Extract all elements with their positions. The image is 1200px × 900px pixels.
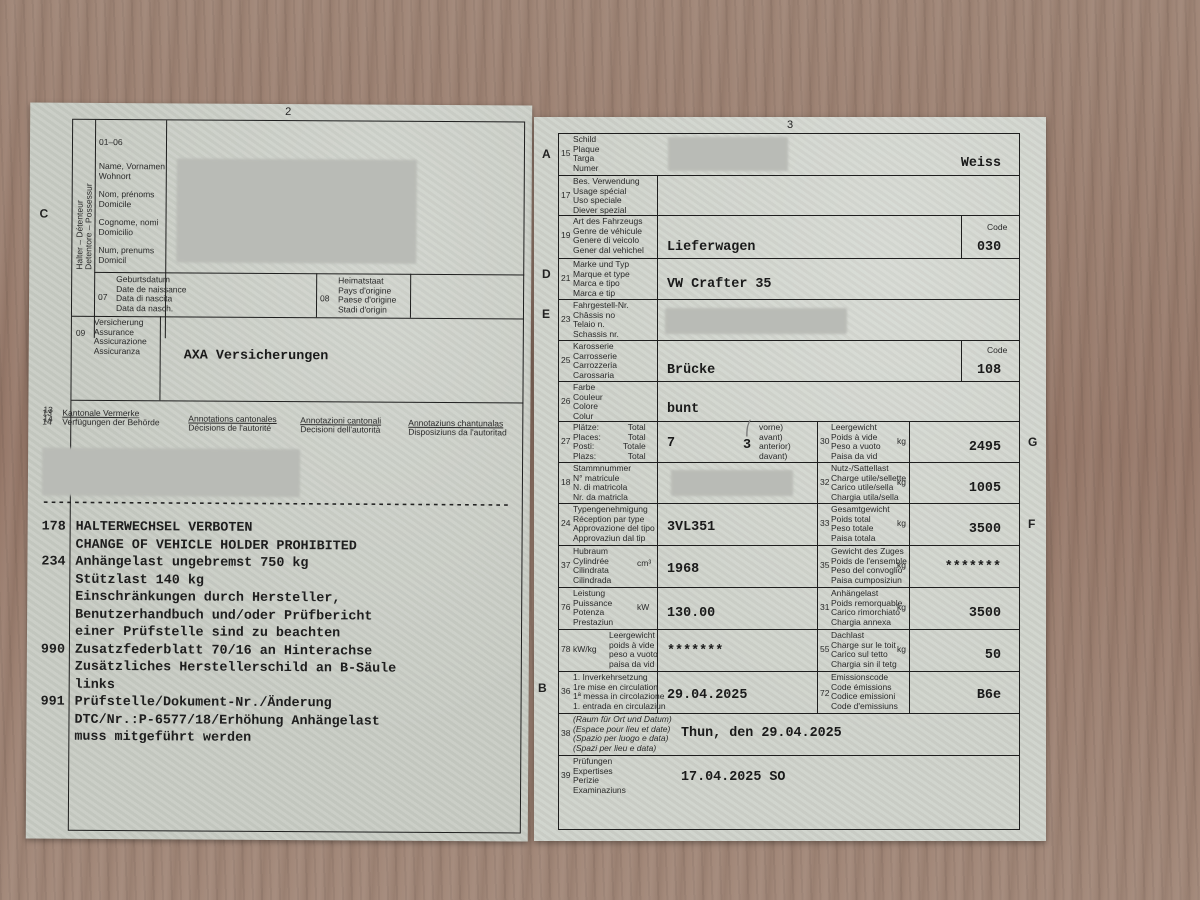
registration-no-redacted [671, 470, 793, 496]
insurance-field: 09 Versicherung Assurance Assicurazione … [73, 120, 524, 123]
origin-field: 08 Heimatstaat Pays d'origine Paese d'or… [73, 120, 524, 123]
holder-value-redacted [176, 158, 417, 263]
separator-line: ----------------------------------------… [42, 495, 512, 513]
color-value: bunt [667, 402, 699, 417]
row-place-date: 38 (Raum für Ort und Datum) (Espace pour… [559, 714, 1019, 756]
holder-field: 01–06 Name, Vornamen Wohnort Nom, prénom… [73, 120, 524, 123]
remark-178: 178 HALTERWECHSEL VERBOTEN CHANGE OF VEH… [41, 519, 481, 557]
seats-total: 7 [667, 436, 675, 451]
row-approval-totalweight: 24 Typengenehmigung Réception par type A… [559, 504, 1019, 546]
field-chassis: 23 Fahrgestell-Nr. Châssis no Telaio n. … [559, 300, 1019, 341]
displacement-value: 1968 [667, 562, 699, 577]
empty-weight-value: 2495 [969, 440, 1001, 455]
section-letter-d: D [542, 267, 551, 281]
holder-label: Wohnort [99, 171, 165, 181]
field-special-use: 17 Bes. Verwendung Usage spécial Uso spe… [559, 176, 1019, 216]
field-plate: 15 Schild Plaque Targa Numer Weiss [559, 134, 1019, 176]
code-label: Code [987, 222, 1007, 232]
row-firstreg-emission: 36 1. Inverkehrsetzung 1re mise en circu… [559, 672, 1019, 714]
row-displacement-trainweight: 37 Hubraum Cylindrée Cilindrata Cilindra… [559, 546, 1019, 588]
holder-label: Domicil [98, 255, 164, 265]
power-weight-value: ******* [667, 644, 723, 659]
holder-code: 01–06 [99, 138, 123, 148]
insurance-label: Assicuranza [94, 346, 147, 356]
payload-value: 1005 [969, 481, 1001, 496]
first-registration-value: 29.04.2025 [667, 688, 747, 703]
chassis-value-redacted [665, 308, 847, 334]
section-letter-g: G [1028, 435, 1037, 449]
code-label: Code [987, 345, 1007, 355]
vehicle-type-code: 030 [977, 240, 1001, 255]
vehicle-type-value: Lieferwagen [667, 240, 755, 255]
train-weight-value: ******* [945, 560, 1001, 575]
row-inspections: 39 Prüfungen Expertises Perizie Examinaz… [559, 756, 1019, 830]
field-color: 26 Farbe Couleur Colore Colur bunt [559, 382, 1019, 422]
plate-color: Weiss [961, 156, 1001, 171]
seats-front: 3 [743, 438, 751, 453]
insurance-value: AXA Versicherungen [184, 348, 329, 364]
type-approval-value: 3VL351 [667, 520, 715, 535]
section-letter-e: E [542, 307, 550, 321]
row-power-trailerload: 76 Leistung Puissance Potenza Prestaziun… [559, 588, 1019, 630]
field-vehicle-type: 19 Art des Fahrzeugs Genre de véhicule G… [559, 216, 1019, 259]
field-number: 08 [320, 293, 330, 303]
annotation-col-de: Kantonale Vermerke Verfügungen der Behör… [62, 409, 159, 428]
roof-load-value: 50 [985, 648, 1001, 663]
section-letter-c: C [40, 207, 49, 221]
inspections-value: 17.04.2025 SO [681, 770, 785, 785]
total-weight-value: 3500 [969, 522, 1001, 537]
page-number: 2 [285, 106, 291, 118]
holder-vertical-label-2: Detentore – Possessur [83, 183, 94, 270]
field-number: 07 [98, 292, 108, 302]
annotations-header: 13 14 [73, 120, 524, 123]
section-letter-b: B [538, 681, 547, 695]
plate-value-redacted [668, 137, 788, 171]
vehicle-data-table: 15 Schild Plaque Targa Numer Weiss 17 Be… [558, 133, 1020, 830]
remark-234: 234 Anhängelast ungebremst 750 kg Stützl… [41, 554, 482, 644]
body-value: Brücke [667, 363, 715, 378]
body-code: 108 [977, 363, 1001, 378]
field-make-model: 21 Marke und Typ Marque et type Marca e … [559, 259, 1019, 300]
holder-label: Domicile [99, 199, 165, 209]
field-body: 25 Karosserie Carrosserie Carrozzeria Ca… [559, 341, 1019, 382]
annotation-col-fr: Annotations cantonales Décisions de l'au… [188, 414, 276, 433]
page-number: 3 [787, 119, 793, 131]
power-value: 130.00 [667, 606, 715, 621]
remark-990: 990 Zusatzfederblatt 70/16 an Hinterachs… [41, 641, 481, 696]
row-seats-emptyweight: 27 Plätze: Places: Posti: Plazs: Total T… [559, 422, 1019, 463]
make-model-value: VW Crafter 35 [667, 277, 771, 292]
trailer-load-value: 3500 [969, 606, 1001, 621]
origin-label: Stadi d'origin [338, 305, 396, 315]
left-page: 2 C Halter – Détenteur Detentore – Posse… [26, 102, 532, 841]
annotations-redacted [42, 448, 300, 498]
field-number: 09 [76, 328, 86, 338]
section-letter-a: A [542, 147, 551, 161]
place-date-value: Thun, den 29.04.2025 [681, 726, 842, 741]
annotation-number: 14 [42, 418, 52, 427]
row-powerweight-roofload: 78 kW/kg Leergewicht poids à vide peso a… [559, 630, 1019, 672]
remarks-list: 178 HALTERWECHSEL VERBOTEN CHANGE OF VEH… [40, 519, 481, 749]
annotation-col-rm: Annotaziuns chantunalas Disposiziuns da … [408, 419, 507, 438]
right-page: 3 A D E B G F 15 Schild Plaque Targa Num… [534, 117, 1046, 841]
emission-code-value: B6e [977, 688, 1001, 703]
holder-label: Domicilio [98, 227, 164, 237]
annotation-col-it: Annotazioni cantonali Decisioni dell'aut… [300, 416, 381, 434]
section-letter-f: F [1028, 517, 1035, 531]
birthdate-label: Data da nasch. [116, 304, 186, 314]
birthdate-field: 07 Geburtsdatum Date de naissance Data d… [73, 120, 524, 123]
row-regno-payload: 18 Stammnummer N° matricule N. di matric… [559, 463, 1019, 504]
remark-991: 991 Prüfstelle/Dokument-Nr./Änderung DTC… [40, 694, 480, 749]
